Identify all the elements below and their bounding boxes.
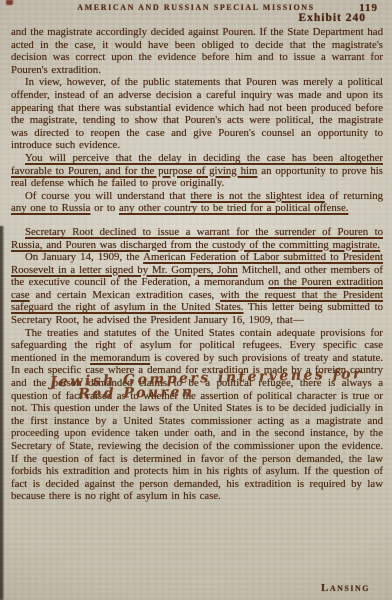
scan-edge-artifact [0, 226, 4, 600]
paragraph-delay-favorable: You will perceive that the delay in deci… [11, 152, 383, 190]
underlined-passage: memorandum [90, 352, 150, 364]
paragraph-afl-memorandum: On January 14, 1909, the American Federa… [11, 251, 383, 327]
paragraph-public-statements: In view, however, of the public statemen… [11, 76, 383, 152]
underlined-passage: any one to Russia [11, 202, 90, 214]
underlined-passage: there is not the slightest idea [190, 190, 324, 202]
underlined-passage: Secretary Root declined to issue a warra… [11, 226, 383, 251]
paragraph-treaties-statutes: The treaties and statutes of the United … [11, 327, 383, 503]
exhibit-label: Exhibit 240 [298, 12, 366, 24]
signature-lansing: Lansing [321, 582, 370, 594]
document-body: and the magistrate accordingly decided a… [11, 26, 383, 503]
scanned-document-page: AMERICAN AND RUSSIAN SPECIAL MISSIONS 11… [0, 0, 392, 600]
paragraph-root-declined: Secretary Root declined to issue a warra… [11, 226, 383, 251]
running-header: AMERICAN AND RUSSIAN SPECIAL MISSIONS [0, 3, 392, 12]
paragraph-magistrate-decision: and the magistrate accordingly decided a… [11, 26, 383, 76]
paragraph-no-return-to-russia: Of course you will understand that there… [11, 190, 383, 215]
underlined-passage: any other country to be tried for a poli… [119, 202, 348, 214]
